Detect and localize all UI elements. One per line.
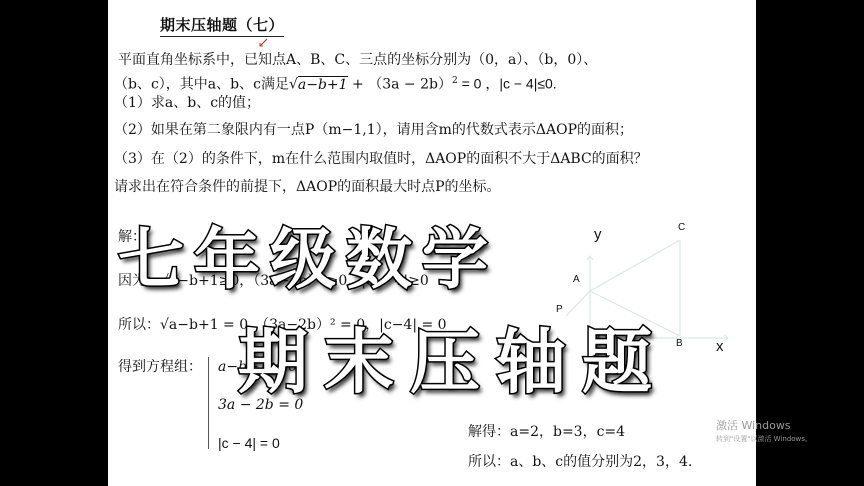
- question-3: （3）在（2）的条件下，m在什么范围内取值时，ΔAOP的面积不大于ΔABC的面积…: [114, 150, 648, 168]
- y-axis-label: y: [594, 226, 602, 243]
- solution-conclusion: 所以：a、b、c的值分别为2，3，4.: [468, 453, 692, 471]
- equation-3: |c − 4| = 0: [218, 434, 280, 452]
- point-a-label: A: [573, 274, 580, 285]
- solution-system-label: 得到方程组：: [118, 358, 202, 376]
- document-title: 期末压轴题（七）: [160, 14, 284, 37]
- point-c-label: C: [678, 222, 685, 233]
- sqrt-radicand: a−b+1: [298, 76, 348, 93]
- solution-result: 解得：a=2，b=3，c=4: [468, 423, 625, 441]
- overlay-title-line-2: 期末压轴题: [238, 306, 668, 407]
- overlay-title-line-1: 七年级数学: [118, 206, 498, 301]
- problem-line-2-prefix: （b、c），其中a、b、c满足: [114, 77, 289, 93]
- sqrt-expression: √a−b+1: [289, 76, 348, 93]
- question-2: （2）如果在第二象限内有一点P（m−1,1），请用含m的代数式表示ΔAOP的面积…: [114, 121, 633, 139]
- watermark-line-1: 激活 Windows: [716, 417, 812, 433]
- problem-line-2-mid: + （3a − 2b）: [348, 77, 452, 93]
- watermark-line-2: 转到"设置"以激活 Windows。: [716, 434, 812, 444]
- question-1: （1）求a、b、c的值；: [114, 94, 260, 112]
- x-axis-label: x: [716, 338, 724, 355]
- problem-line-2-suffix: = 0 ，|c − 4|≤0.: [458, 76, 557, 92]
- windows-activation-watermark: 激活 Windows 转到"设置"以激活 Windows。: [716, 417, 812, 444]
- problem-line-1: 平面直角坐标系中，已知点A、B、C、三点的坐标分别为（0，a）、（b，0）、: [118, 51, 597, 69]
- equation-system-brace: [208, 357, 215, 449]
- point-b-label: B: [676, 338, 683, 349]
- question-3-continued: 请求出在符合条件的前提下，ΔAOP的面积最大时点P的坐标。: [114, 178, 501, 196]
- pen-cursor-icon: [258, 38, 268, 48]
- problem-line-2: （b、c），其中a、b、c满足√a−b+1 + （3a − 2b）2 = 0 ，…: [114, 72, 557, 94]
